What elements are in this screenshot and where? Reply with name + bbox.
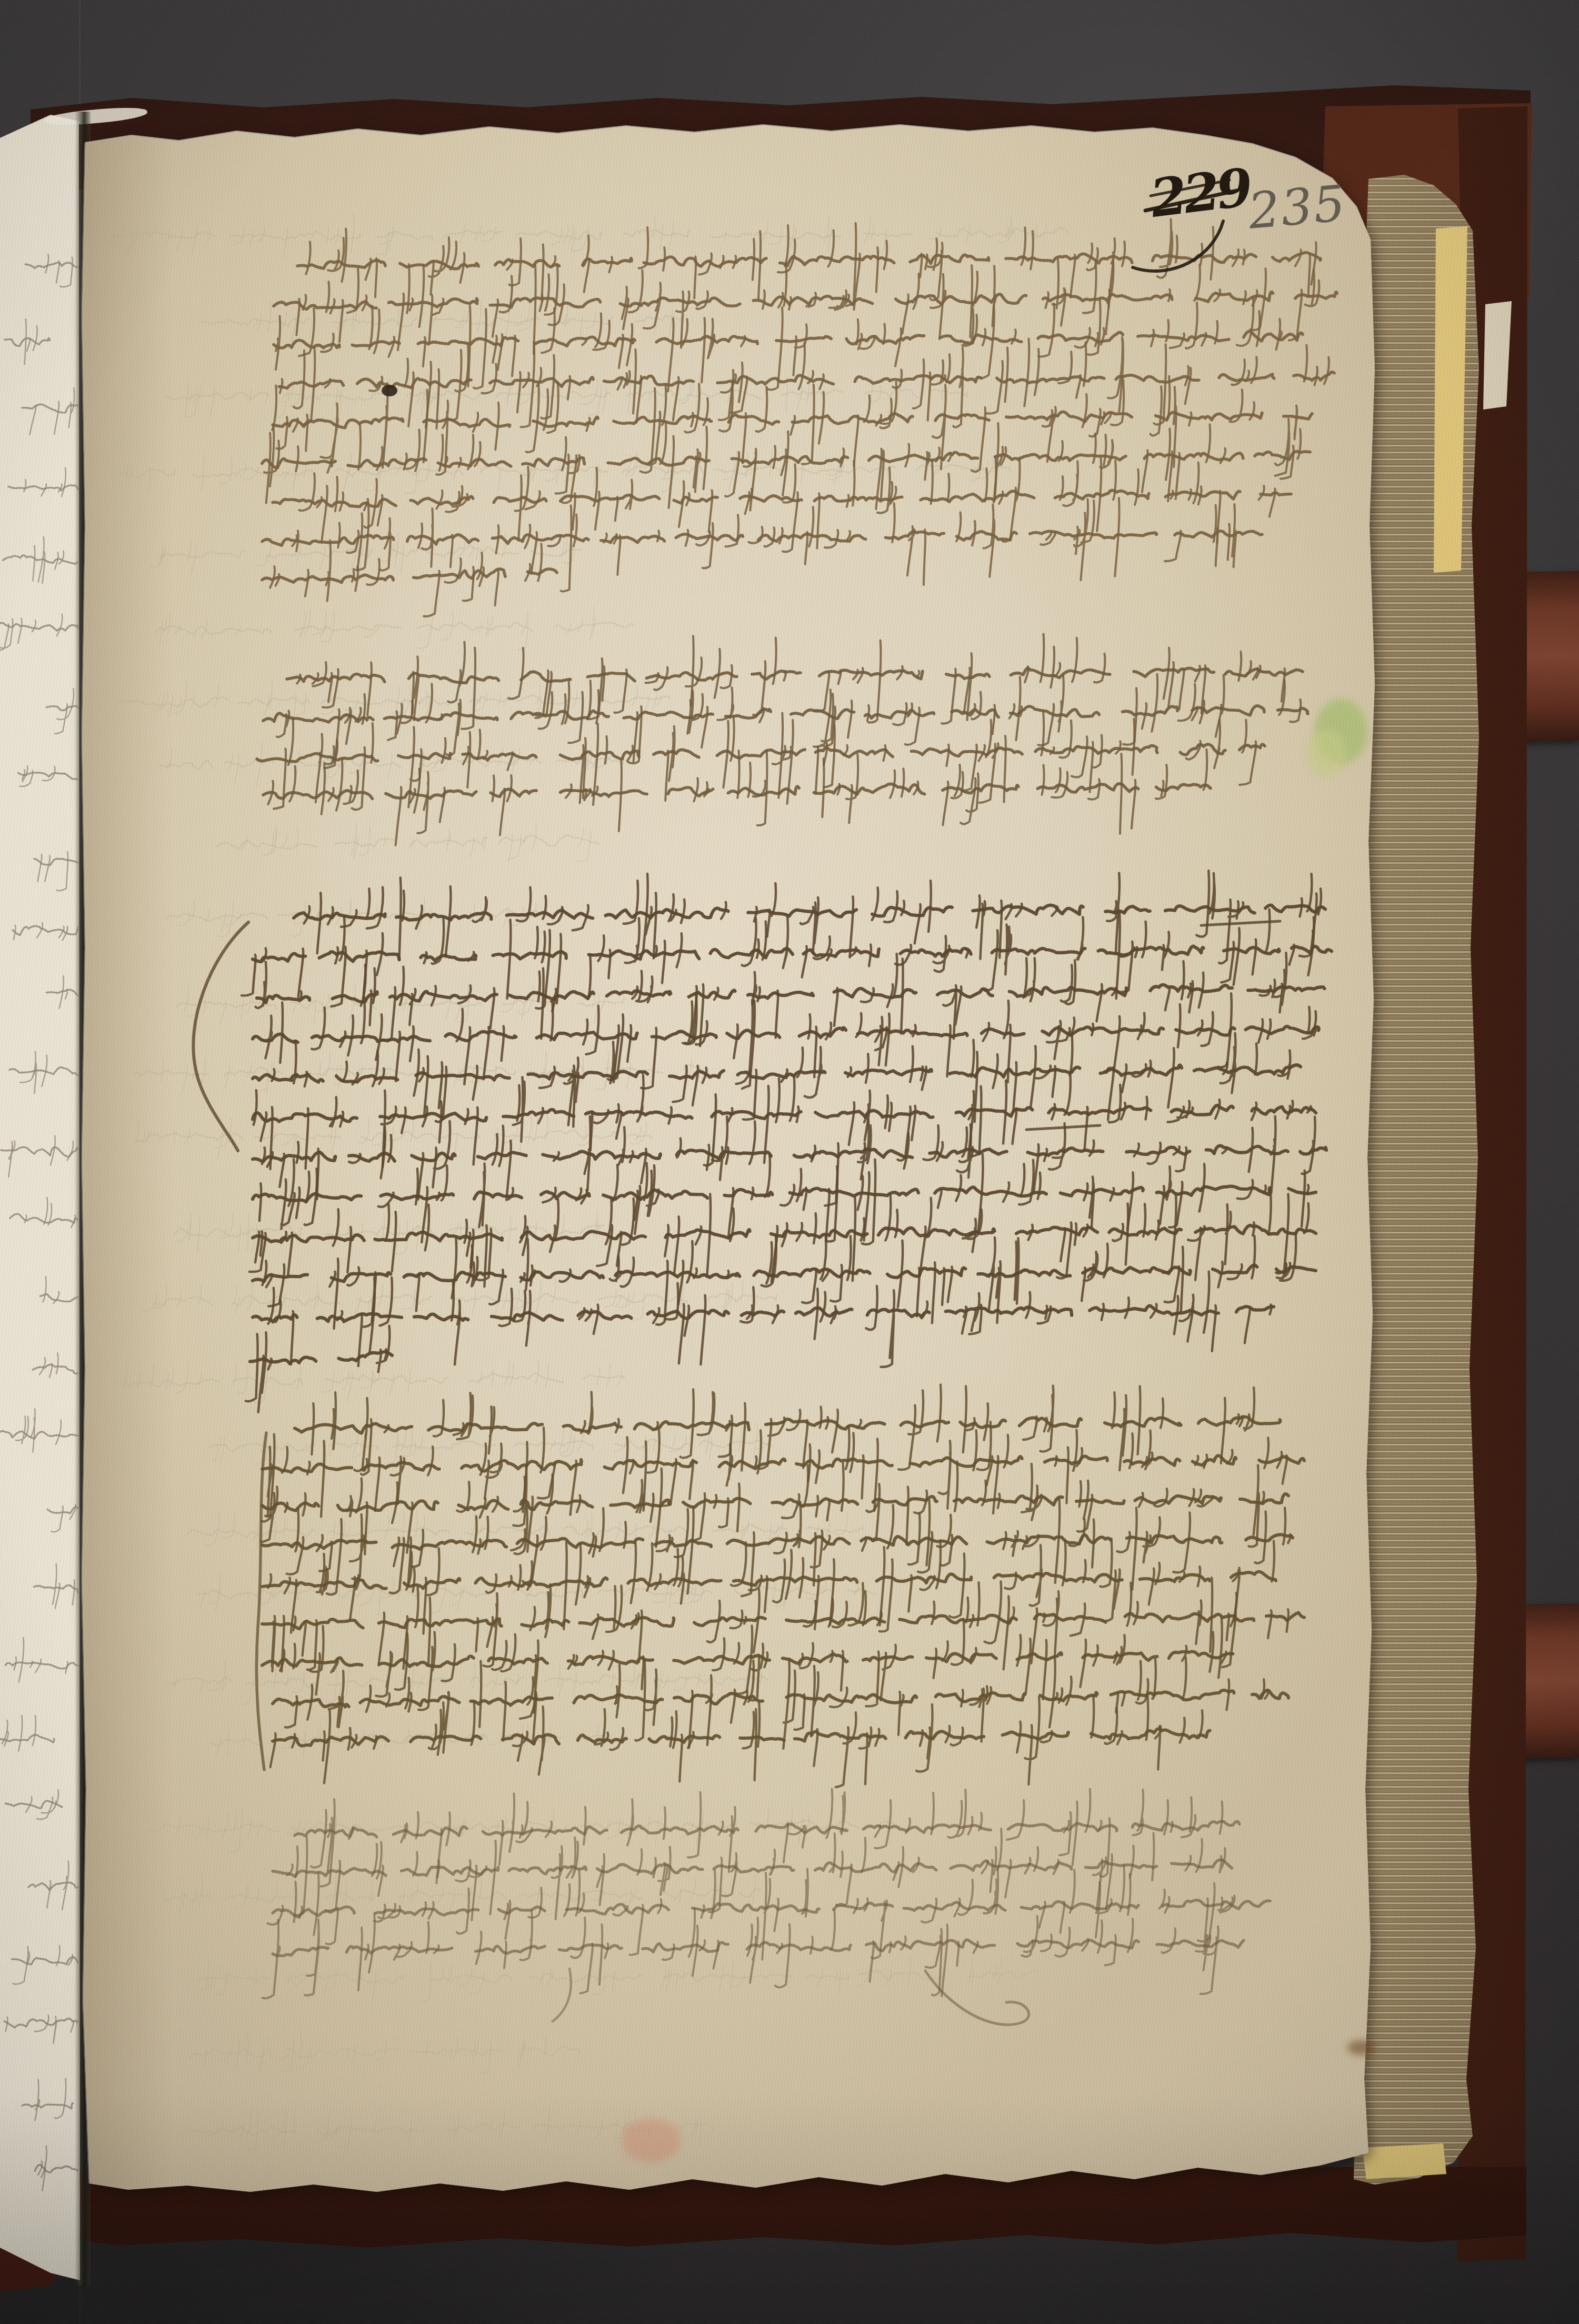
folio-number-old-struck: 229 [1148, 162, 1253, 225]
folio-number-new: 235 [1246, 179, 1348, 237]
manuscript-page-wrap [0, 0, 1579, 2324]
manuscript-photo: { "scene": { "subject": "open bound manu… [0, 0, 1579, 2324]
manuscript-page [0, 0, 1579, 2324]
